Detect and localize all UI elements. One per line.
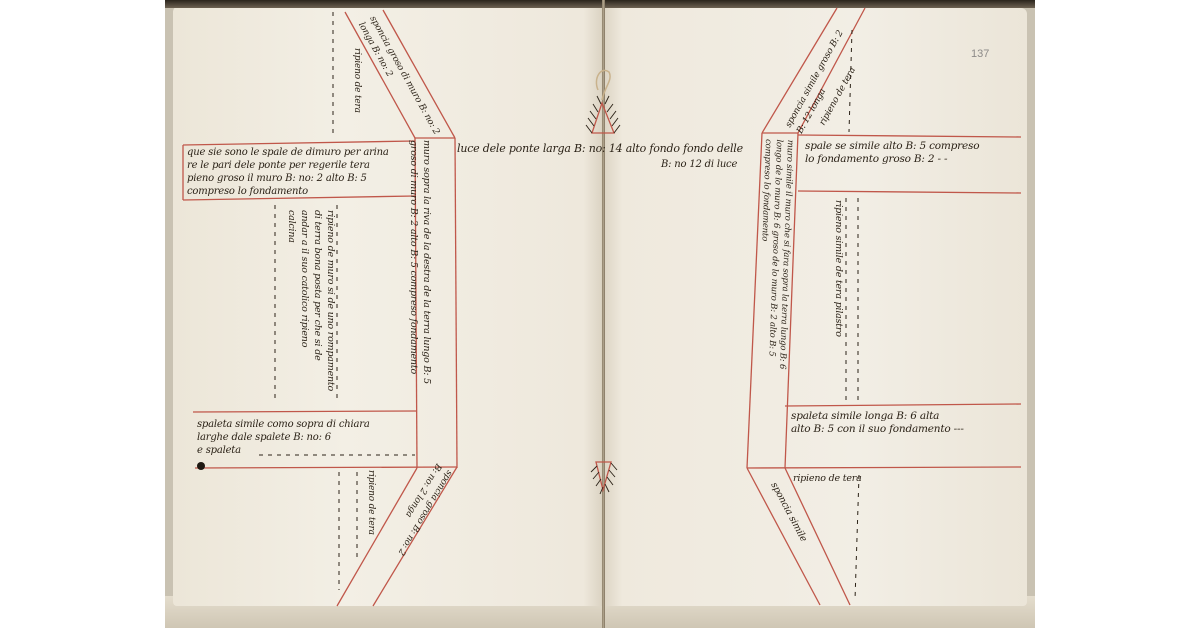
span-label-line1: luce dele ponte larga B: no: 14 alto fon… — [457, 142, 743, 155]
left-fill-label-top: ripieno de tera — [350, 48, 363, 113]
right-top-box-text: spale se simile alto B: 5 compreso lo fo… — [805, 140, 979, 166]
left-bottom-box-text: spaleta simile como sopra di chiara larg… — [197, 418, 370, 457]
right-bottom-box-text: spaleta simile longa B: 6 alta alto B: 5… — [791, 410, 964, 436]
folio-number: 137 — [971, 48, 989, 60]
right-middle-fill-text: ripieno simile de tera pilastro — [832, 200, 845, 337]
left-middle-fill-text: ripieno de muro si de uno rompamento di … — [285, 210, 337, 391]
right-fill-label-bottom: ripieno de tera — [793, 472, 862, 485]
paper-tear-mark — [596, 70, 610, 100]
left-top-box-text: que sie sono le spale de dimuro per arin… — [187, 146, 389, 198]
left-fill-label-bottom: ripieno de tera — [364, 470, 377, 535]
left-pier-text: muro sopra la riva de la destra de la te… — [407, 140, 433, 384]
manuscript-scan: que sie sono le spale de dimuro per arin… — [165, 0, 1035, 628]
arch-hatching — [586, 96, 620, 494]
ink-blot — [197, 462, 205, 470]
span-label-line2: B: no 12 di luce — [661, 158, 737, 171]
